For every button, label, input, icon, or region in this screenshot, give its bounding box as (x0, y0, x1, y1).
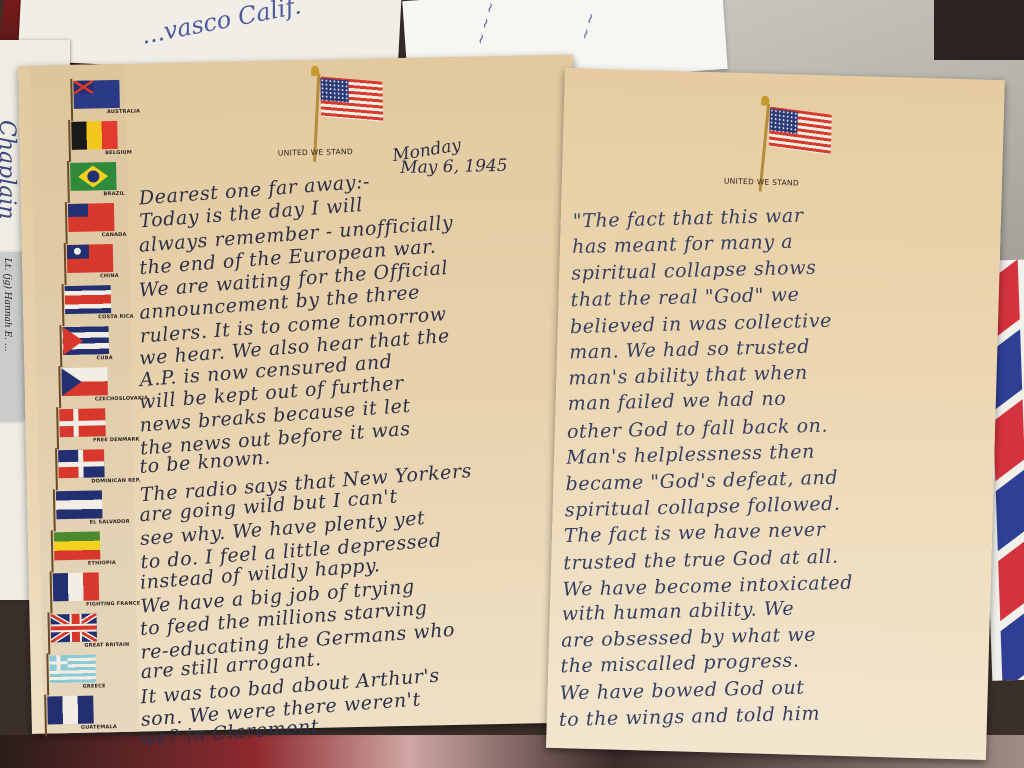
handwritten-line: man failed we had no (567, 388, 786, 416)
allied-flags-sidebar: AUSTRALIABELGIUMBRAZILCANADACHINACOSTA R… (30, 64, 139, 734)
letter-page-1: AUSTRALIABELGIUMBRAZILCANADACHINACOSTA R… (18, 54, 587, 733)
australia-flag-icon (73, 80, 120, 109)
costa-rica-flag-icon (65, 285, 112, 314)
letterhead-motto: UNITED WE STAND (278, 147, 353, 158)
flag-el-salvador: EL SALVADOR (53, 487, 144, 529)
flag-czechoslovakia: CZECHOSLOVAKIA (58, 364, 149, 406)
handwritten-line: spiritual collapse shows (571, 257, 817, 285)
flag-label: COSTA RICA (98, 314, 134, 321)
flag-label: EL SALVADOR (90, 519, 130, 526)
handwritten-line: believed in was collective (570, 309, 833, 338)
handwritten-line: became "God's defeat, and (565, 467, 838, 496)
flag-dominican-rep: DOMINICAN REP. (55, 446, 146, 488)
handwritten-line: man. We had so trusted (569, 336, 810, 364)
envelope-handwriting: ...vasco Calif. (139, 0, 304, 50)
brazil-flag-icon (70, 162, 117, 191)
flag-cuba: CUBA (60, 323, 151, 365)
us-flag-icon: UNITED WE STAND (761, 104, 854, 206)
flag-label: AUSTRALIA (107, 108, 140, 115)
handwritten-line: other God to fall back on. (567, 414, 829, 443)
denmark-flag-icon (59, 408, 106, 437)
letterhead-motto: UNITED WE STAND (724, 176, 799, 187)
flag-label: ETHIOPIA (88, 560, 116, 567)
handwritten-line: spiritual collapse followed. (565, 493, 841, 522)
flag-greece: GREECE (46, 652, 137, 694)
flag-label: FIGHTING FRANCE (86, 601, 140, 608)
flag-label: CHINA (100, 273, 119, 279)
handwritten-line: are obsessed by what we (561, 624, 816, 653)
flag-great-britain: GREAT BRITAIN (48, 611, 139, 653)
handwritten-line: We have become intoxicated (562, 571, 853, 601)
handwritten-line: that the real "God" we (570, 283, 799, 311)
flag-label: DOMINICAN REP. (91, 478, 141, 485)
handwritten-line: "The fact that this war (573, 205, 804, 233)
envelope-handwriting-left: Chaplain (0, 120, 19, 220)
flag-label: GREECE (83, 683, 106, 689)
handwritten-line: to the wings and told him (559, 702, 821, 731)
handwritten-line: man's ability that when (568, 362, 808, 390)
china-flag-icon (66, 244, 113, 273)
letter-page-2: UNITED WE STAND "The fact that this warh… (546, 68, 1005, 760)
handwritten-line: the miscalled progress. (560, 650, 800, 678)
czechoslovakia-flag-icon (61, 367, 108, 396)
flag-belgium: BELGIUM (69, 118, 160, 160)
belgium-flag-icon (72, 121, 119, 150)
window-envelope-address: Lt. (jg) Hannah E. ... (2, 258, 12, 351)
flag-label: CANADA (102, 232, 127, 239)
france-flag-icon (52, 572, 99, 601)
flag-ethiopia: ETHIOPIA (51, 529, 142, 571)
el-salvador-flag-icon (56, 490, 103, 519)
guatemala-flag-icon (47, 696, 94, 725)
flag-label: GUATEMALA (81, 724, 117, 731)
handwritten-line: We have bowed God out (559, 676, 804, 704)
flag-fighting-france: FIGHTING FRANCE (49, 570, 140, 612)
great-britain-flag-icon (51, 613, 98, 642)
dominican-republic-flag-icon (58, 449, 105, 478)
flag-guatemala: GUATEMALA (44, 693, 135, 735)
handwritten-line: The fact is we have never (564, 519, 826, 548)
greece-flag-icon (49, 655, 96, 684)
flag-label: BELGIUM (105, 150, 132, 157)
handwritten-line: Man's helplessness then (566, 440, 815, 469)
flag-label: CUBA (96, 355, 112, 361)
handwritten-line: with human ability. We (562, 598, 795, 626)
handwritten-line: has meant for many a (572, 231, 794, 259)
flag-label: GREAT BRITAIN (84, 642, 129, 649)
handwritten-line: trusted the true God at all. (563, 545, 839, 574)
letter-date: Monday May 6, 1945 (392, 136, 508, 178)
flag-australia: AUSTRALIA (70, 77, 161, 119)
flag-label: FREE DENMARK (93, 437, 140, 444)
background-dark-corner (934, 0, 1024, 60)
flag-label: BRAZIL (103, 191, 125, 197)
cuba-flag-icon (63, 326, 110, 355)
flag-free-denmark: FREE DENMARK (56, 405, 147, 447)
ethiopia-flag-icon (54, 531, 101, 560)
canada-flag-icon (68, 203, 115, 232)
